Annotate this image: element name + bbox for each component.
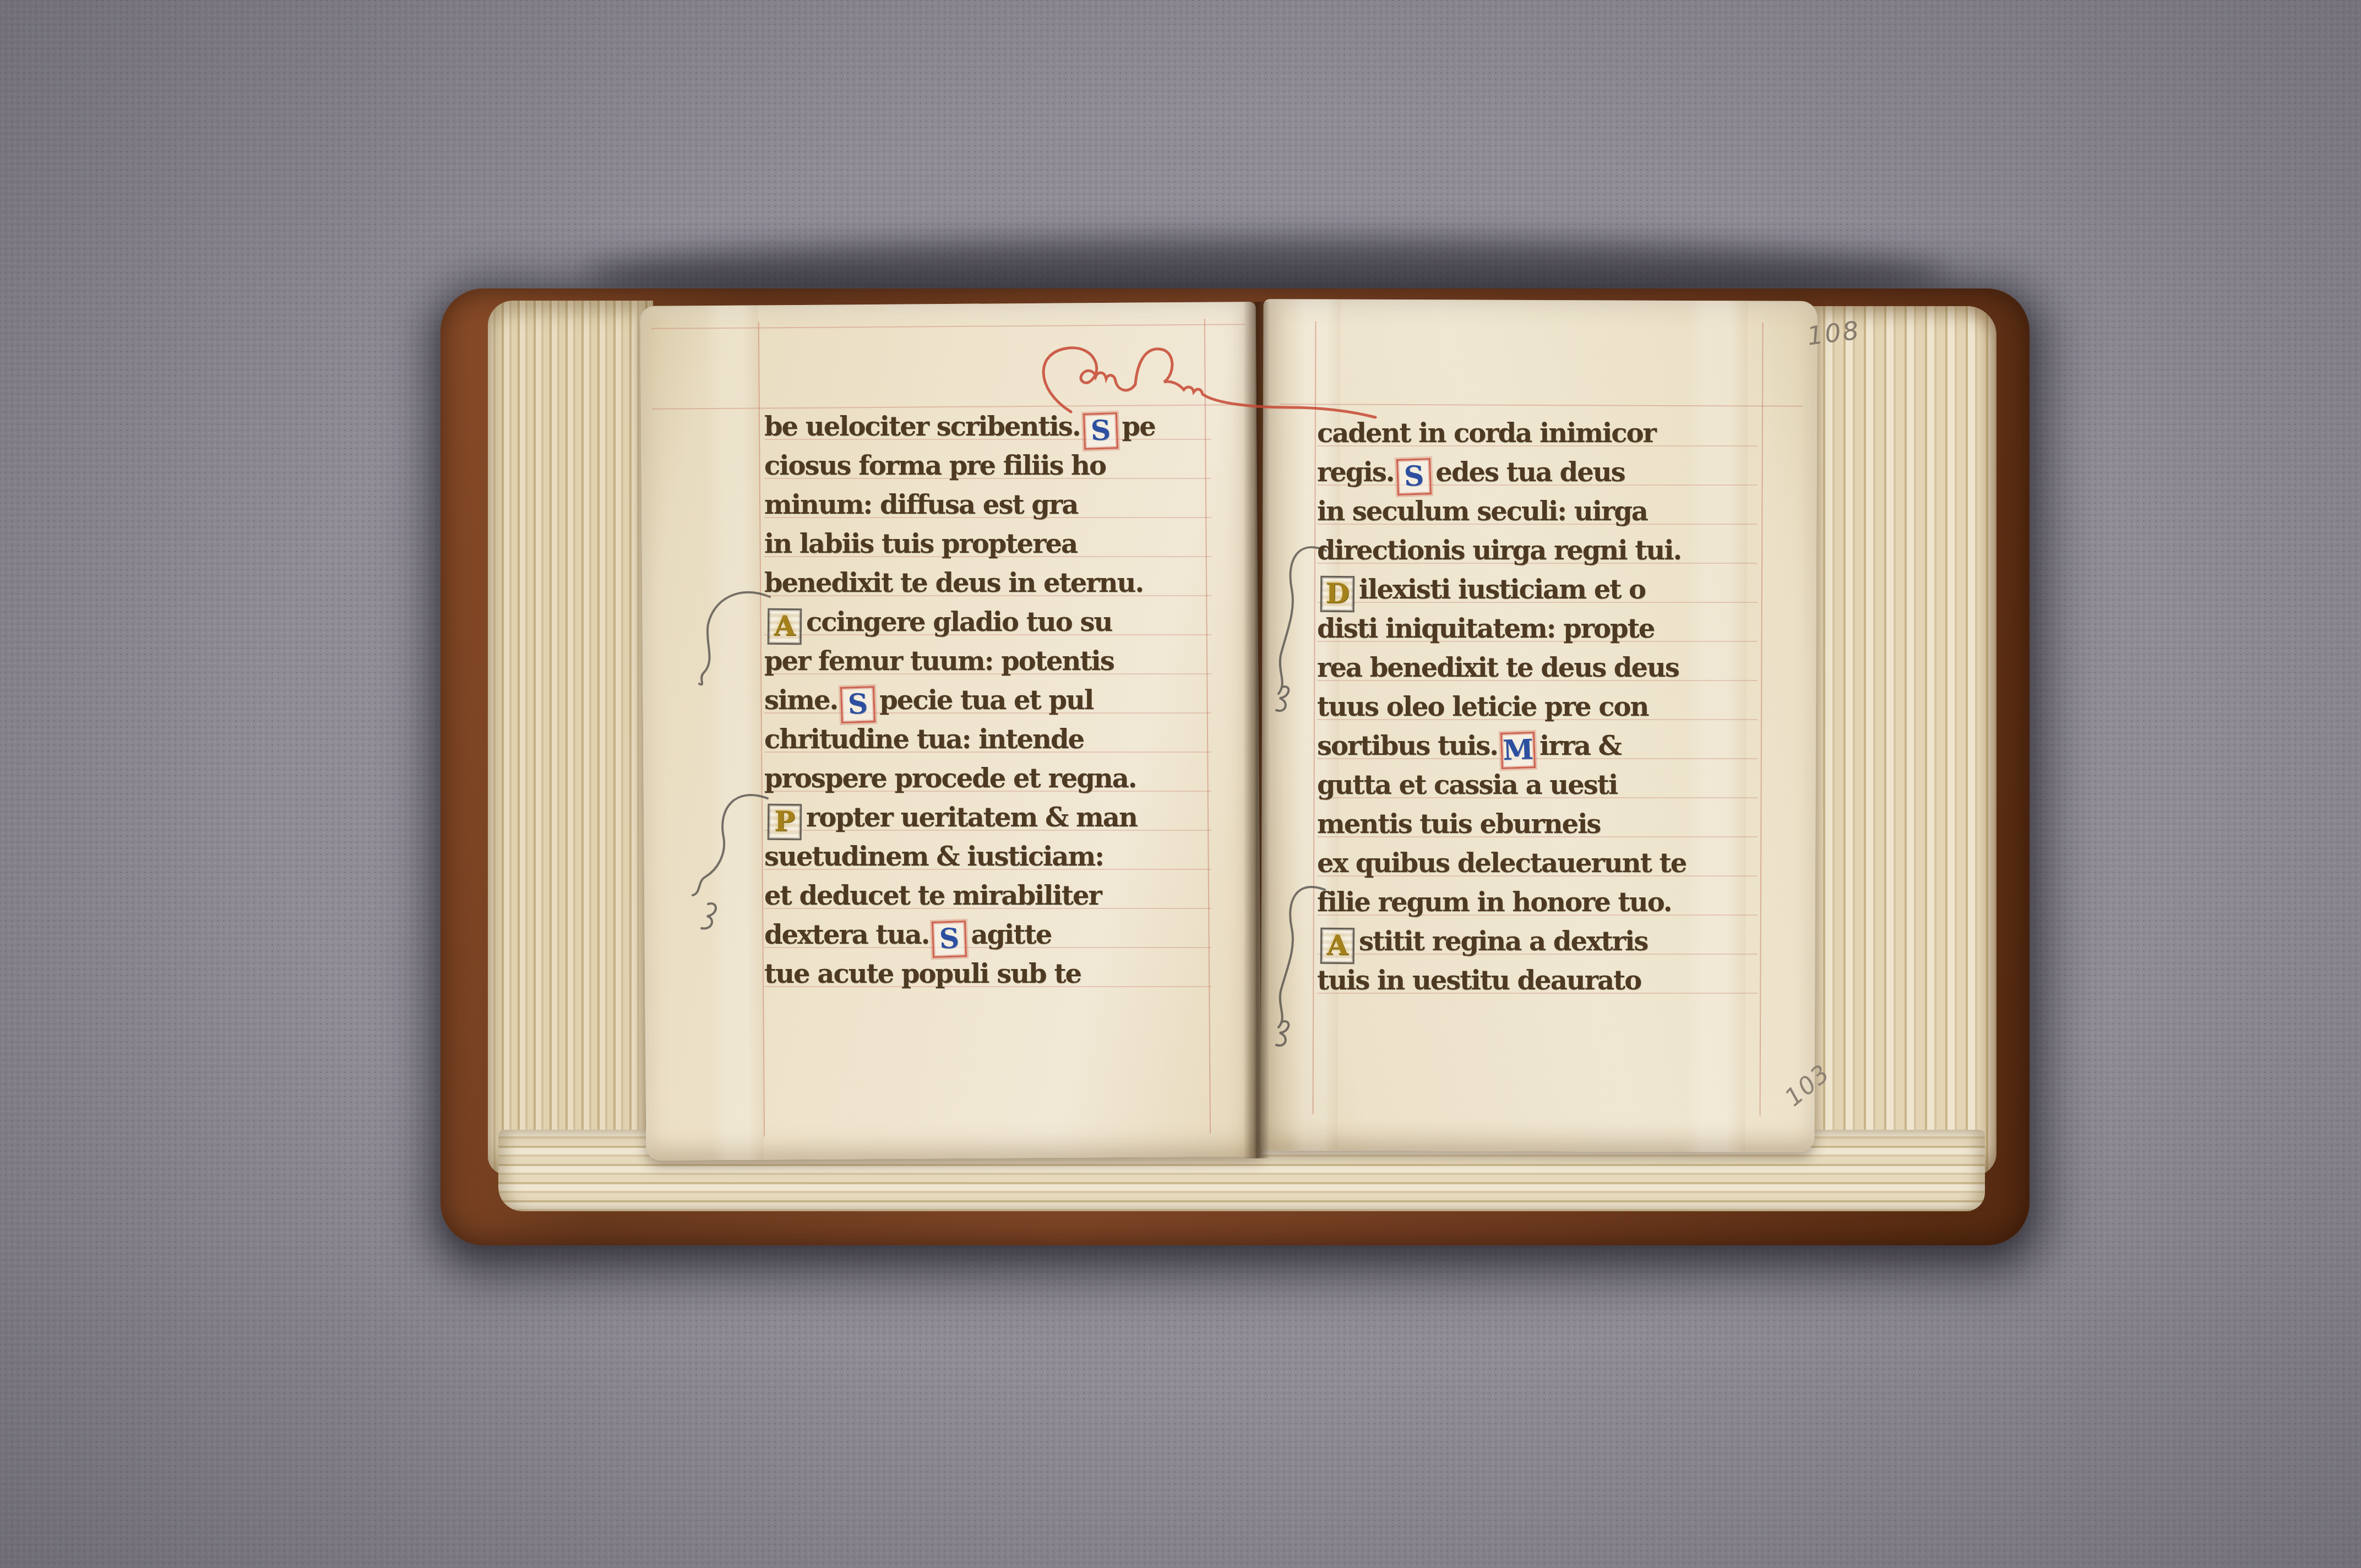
page-crease-highlight [705,305,764,1160]
right-page-text-column: cadent in corda inimicor regis.Sedes tua… [1317,414,1758,1000]
text-line: Accingere gladio tuo su [764,603,1211,642]
cadel-flourish-icon [692,578,774,694]
text-line: suetudinem & iusticiam: [764,837,1211,876]
text-line: regis.Sedes tua deus [1317,453,1758,492]
left-leaf-stack-fore-edge [488,301,653,1175]
text-line: benedixit te deus in eternu. [764,564,1211,603]
cadel-flourish-icon [684,775,777,935]
text-line: sortibus tuis.Mirra & [1317,727,1758,766]
photograph-of-manuscript: be uelociter scribentis.Spe ciosus forma… [0,0,2361,1568]
illuminated-initial: A [1320,928,1355,965]
text-line: per femur tuum: potentis [764,642,1211,681]
text-line: be uelociter scribentis.Spe [764,407,1211,447]
text-line: Dilexisti iusticiam et o [1317,570,1758,609]
text-line: directionis uirga regni tui. [1317,531,1758,570]
illuminated-initial: S [1396,458,1432,496]
text-line: disti iniquitatem: propte [1317,609,1758,649]
text-line: in labiis tuis propterea [764,525,1211,564]
text-line: ciosus forma pre filiis ho [764,447,1211,486]
text-line: filie regum in honore tuo. [1317,883,1758,922]
text-line: tue acute populi sub te [764,955,1211,994]
text-line: cadent in corda inimicor [1317,414,1758,453]
red-ruling-line [1760,323,1764,1115]
illuminated-initial: S [932,921,967,958]
text-line: tuus oleo leticie pre con [1317,688,1758,727]
text-line: Astitit regina a dextris [1317,922,1758,961]
text-line: in seculum seculi: uirga [1317,492,1758,531]
text-line: et deducet te mirabiliter [764,876,1211,916]
text-line: ex quibus delectauerunt te [1317,844,1758,883]
illuminated-initial: S [1082,412,1118,450]
text-line: chritudine tua: intende [764,720,1211,759]
illuminated-initial: A [768,608,802,645]
illuminated-initial: S [840,686,875,723]
text-line: prospere procede et regna. [764,759,1211,798]
text-line: mentis tuis eburneis [1317,805,1758,844]
illuminated-initial: P [768,804,802,841]
illuminated-initial: M [1500,732,1536,769]
illuminated-initial: D [1320,576,1355,613]
right-leaf-stack-fore-edge [1805,306,1996,1176]
text-line: sime.Specie tua et pul [764,681,1211,720]
text-line: Propter ueritatem & man [764,798,1211,837]
text-line: dextera tua.Sagitte [764,916,1211,955]
text-line: tuis in uestitu deaurato [1317,961,1758,1000]
text-line: minum: diffusa est gra [764,486,1211,525]
text-line: rea benedixit te deus deus [1317,649,1758,688]
text-line: gutta et cassia a uesti [1317,766,1758,805]
left-page-text-column: be uelociter scribentis.Spe ciosus forma… [764,407,1211,994]
